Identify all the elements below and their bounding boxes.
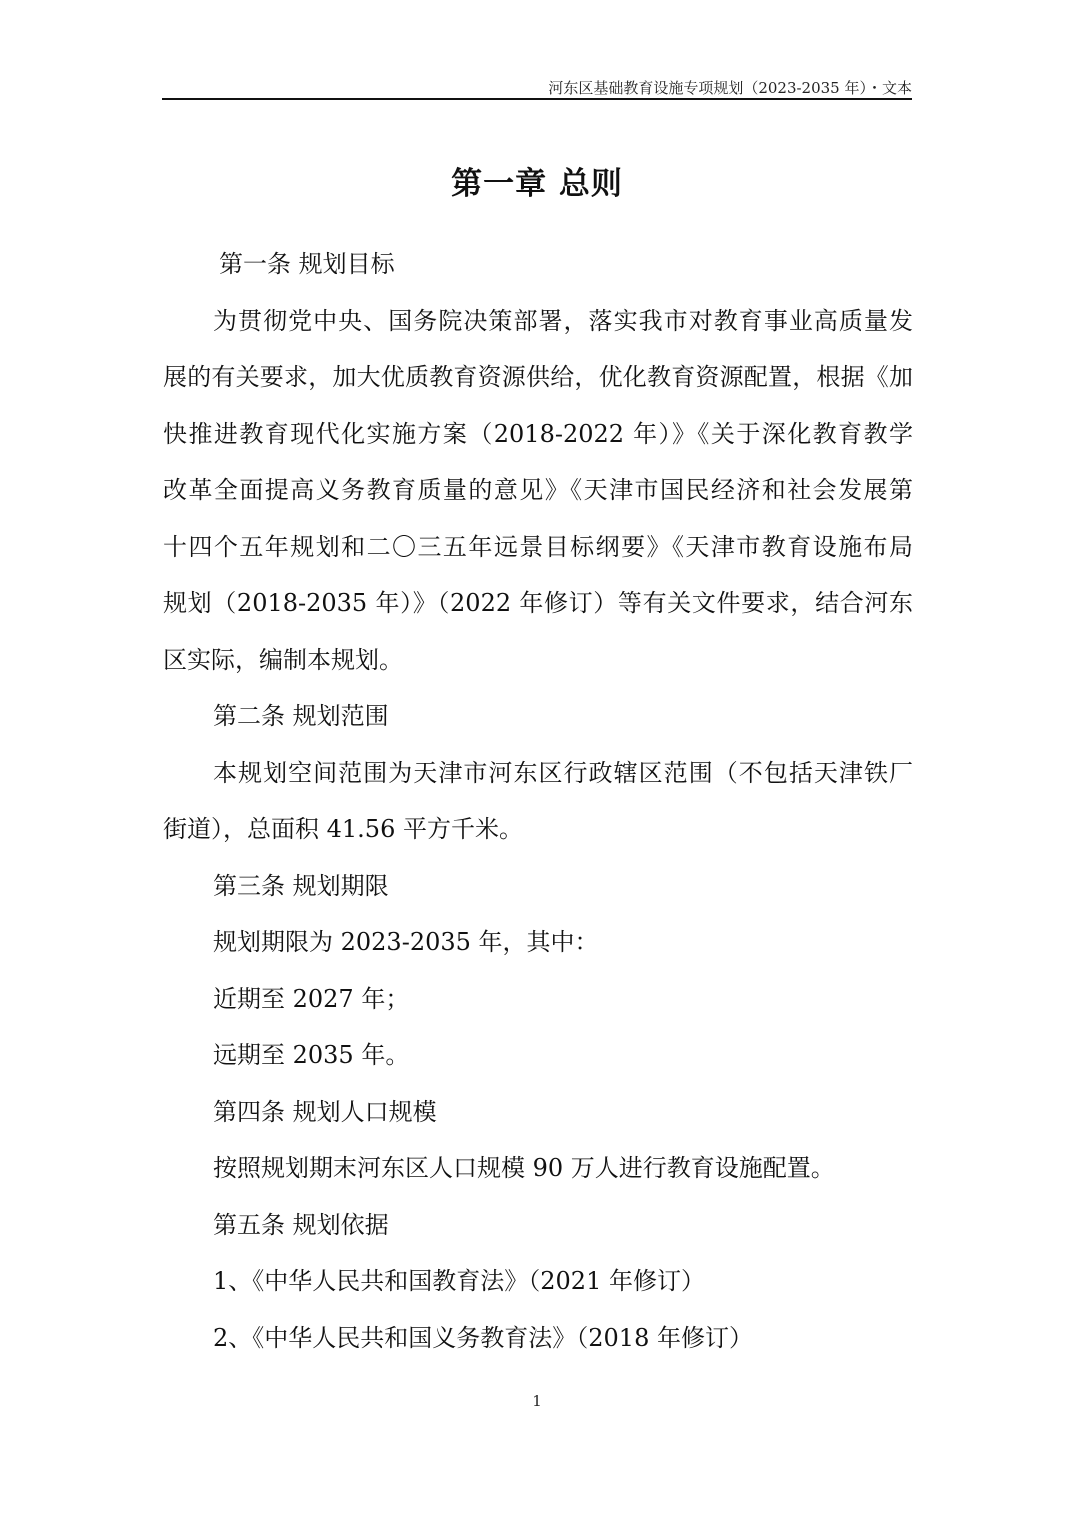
article-3-line: 近期至 2027 年； xyxy=(163,971,913,1028)
article-2-line: 街道），总面积 41.56 平方千米。 xyxy=(163,801,913,858)
article-3-heading: 第三条 规划期限 xyxy=(163,858,913,915)
article-5-heading: 第五条 规划依据 xyxy=(163,1197,913,1254)
page-number: 1 xyxy=(0,1392,1074,1410)
article-5-list-item: 1、《中华人民共和国教育法》（2021 年修订） xyxy=(163,1253,913,1310)
article-1-line: 为贯彻党中央、国务院决策部署，落实我市对教育事业高质量发 xyxy=(163,293,913,350)
article-4-line: 按照规划期末河东区人口规模 90 万人进行教育设施配置。 xyxy=(163,1140,913,1197)
article-1-line: 改革全面提高义务教育质量的意见》《天津市国民经济和社会发展第 xyxy=(163,462,913,519)
article-1-line: 区实际，编制本规划。 xyxy=(163,632,913,689)
article-2-line: 本规划空间范围为天津市河东区行政辖区范围（不包括天津铁厂 xyxy=(163,745,913,802)
header-divider xyxy=(162,98,912,100)
running-header: 河东区基础教育设施专项规划（2023-2035 年）・文本 xyxy=(548,77,912,98)
article-5-list-item: 2、《中华人民共和国义务教育法》（2018 年修订） xyxy=(163,1310,913,1367)
article-1-line: 展的有关要求，加大优质教育资源供给，优化教育资源配置，根据《加 xyxy=(163,349,913,406)
article-4-heading: 第四条 规划人口规模 xyxy=(163,1084,913,1141)
chapter-title: 第一章 总则 xyxy=(0,158,1074,203)
article-3-line: 远期至 2035 年。 xyxy=(163,1027,913,1084)
article-2-heading: 第二条 规划范围 xyxy=(163,688,913,745)
article-3-line: 规划期限为 2023-2035 年，其中： xyxy=(163,914,913,971)
article-1-heading: 第一条 规划目标 xyxy=(163,236,913,293)
article-1-line: 十四个五年规划和二〇三五年远景目标纲要》《天津市教育设施布局 xyxy=(163,519,913,576)
article-1-line: 快推进教育现代化实施方案（2018-2022 年）》《关于深化教育教学 xyxy=(163,406,913,463)
document-body: 第一条 规划目标 为贯彻党中央、国务院决策部署，落实我市对教育事业高质量发 展的… xyxy=(163,236,913,1366)
article-1-line: 规划（2018-2035 年）》（2022 年修订）等有关文件要求，结合河东 xyxy=(163,575,913,632)
